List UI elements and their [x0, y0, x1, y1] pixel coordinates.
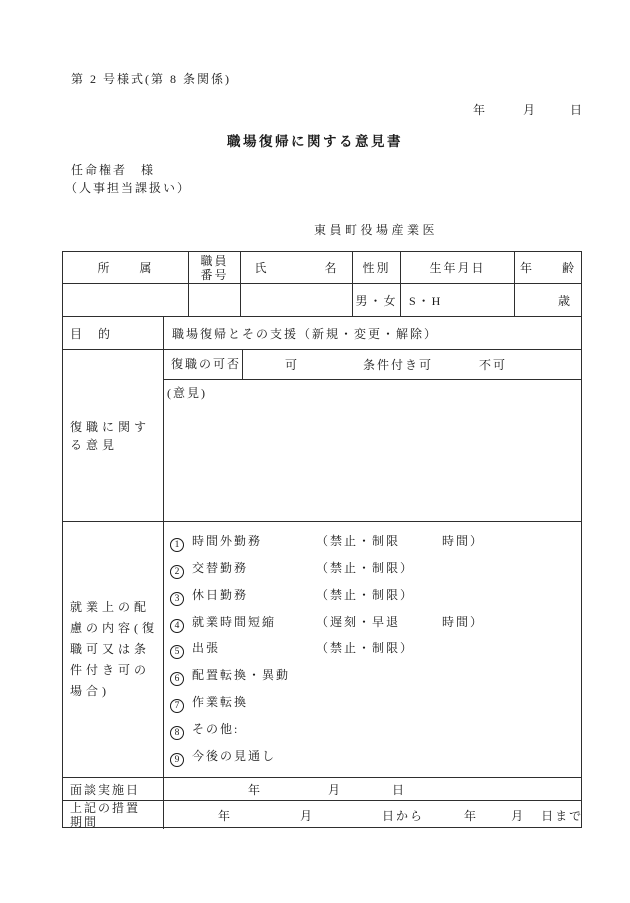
header-affiliation: 所 属 — [63, 252, 189, 283]
item-number-icon: 7 — [170, 699, 184, 713]
header-name: 氏 名 — [241, 252, 353, 283]
header-sex: 性別 — [353, 252, 401, 283]
returnability-subrow: 復職の可否 可 条件付き可 不可 — [164, 350, 581, 380]
item-number-icon: 8 — [170, 726, 184, 740]
name-field[interactable] — [241, 284, 353, 316]
option-conditional[interactable]: 条件付き可 — [363, 356, 433, 373]
table-value-row: 男・女 S・H 歳 — [63, 284, 581, 317]
interview-date-row: 面談実施日 年 月 日 — [63, 778, 581, 801]
affiliation-field[interactable] — [63, 284, 189, 316]
page-title: 職場復帰に関する意見書 — [0, 130, 630, 150]
purpose-label: 目 的 — [63, 317, 164, 349]
accommodations-list: 1時間外勤務（禁止・制限 時間） 2交替勤務（禁止・制限） 3休日勤務（禁止・制… — [164, 522, 581, 777]
returnability-options: 可 条件付き可 不可 — [243, 350, 581, 379]
measure-period-row: 上記の措置 期間 年 月 日から 年 月 日まで — [63, 801, 581, 829]
header-date-year: 年 — [473, 103, 487, 117]
opinion-label: 復職に関する意見 — [63, 350, 164, 521]
accommodation-item-3[interactable]: 3休日勤務（禁止・制限） — [164, 586, 581, 606]
header-date-line: 年 月 日 — [473, 101, 584, 118]
accommodation-item-9[interactable]: 9今後の見通し — [164, 747, 581, 767]
opinion-comment-area[interactable]: (意見) — [164, 380, 581, 521]
document-page: 第 2 号様式(第 8 条関係) 年 月 日 職場復帰に関する意見書 任命権者 … — [0, 0, 630, 903]
addressee-line: 任命権者 様 — [71, 161, 155, 178]
accommodations-row: 就業上の配慮の内容(復職可又は条件付き可の場合) 1時間外勤務（禁止・制限 時間… — [63, 522, 581, 778]
addressee-note: （人事担当課扱い） — [65, 179, 191, 196]
birth-date-field[interactable]: S・H — [401, 284, 515, 316]
header-age: 年 齢 — [515, 252, 581, 283]
accommodation-item-5[interactable]: 5出張（禁止・制限） — [164, 639, 581, 659]
opinion-content: 復職の可否 可 条件付き可 不可 (意見) — [164, 350, 581, 521]
accommodations-label: 就業上の配慮の内容(復職可又は条件付き可の場合) — [63, 522, 164, 777]
item-number-icon: 1 — [170, 538, 184, 552]
option-possible[interactable]: 可 — [285, 356, 299, 373]
item-number-icon: 6 — [170, 672, 184, 686]
header-birth-date: 生年月日 — [401, 252, 515, 283]
header-employee-number: 職員 番号 — [189, 252, 241, 283]
form-number: 第 2 号様式(第 8 条関係) — [71, 70, 231, 87]
interview-date-label: 面談実施日 — [63, 778, 164, 800]
accommodation-item-7[interactable]: 7作業転換 — [164, 693, 581, 713]
item-number-icon: 5 — [170, 645, 184, 659]
header-date-month: 月 — [523, 103, 537, 117]
sex-options[interactable]: 男・女 — [353, 284, 401, 316]
option-not-possible[interactable]: 不可 — [479, 356, 507, 373]
opinion-comment-label: (意見) — [167, 384, 207, 401]
table-header-row: 所 属 職員 番号 氏 名 性別 生年月日 年 齢 — [63, 252, 581, 284]
header-date-day: 日 — [570, 103, 584, 117]
returnability-label: 復職の可否 — [164, 350, 243, 379]
accommodation-item-1[interactable]: 1時間外勤務（禁止・制限 時間） — [164, 532, 581, 552]
measure-period-field[interactable]: 年 月 日から 年 月 日まで — [164, 801, 581, 829]
item-number-icon: 2 — [170, 565, 184, 579]
item-number-icon: 9 — [170, 753, 184, 767]
physician-line: 東員町役場産業医 — [314, 221, 438, 238]
accommodation-item-2[interactable]: 2交替勤務（禁止・制限） — [164, 559, 581, 579]
item-number-icon: 4 — [170, 619, 184, 633]
item-number-icon: 3 — [170, 592, 184, 606]
employee-number-field[interactable] — [189, 284, 241, 316]
measure-period-label: 上記の措置 期間 — [63, 801, 164, 829]
accommodation-item-8[interactable]: 8その他: — [164, 720, 581, 740]
opinion-row: 復職に関する意見 復職の可否 可 条件付き可 不可 (意見) — [63, 350, 581, 522]
accommodation-item-6[interactable]: 6配置転換・異動 — [164, 666, 581, 686]
form-table: 所 属 職員 番号 氏 名 性別 生年月日 年 齢 男・女 S・H 歳 目 的 … — [62, 251, 582, 828]
interview-date-field[interactable]: 年 月 日 — [164, 778, 581, 800]
purpose-value: 職場復帰とその支援（新規・変更・解除） — [164, 317, 581, 349]
age-field[interactable]: 歳 — [515, 284, 581, 316]
purpose-row: 目 的 職場復帰とその支援（新規・変更・解除） — [63, 317, 581, 350]
accommodation-item-4[interactable]: 4就業時間短縮（遅刻・早退 時間） — [164, 613, 581, 633]
